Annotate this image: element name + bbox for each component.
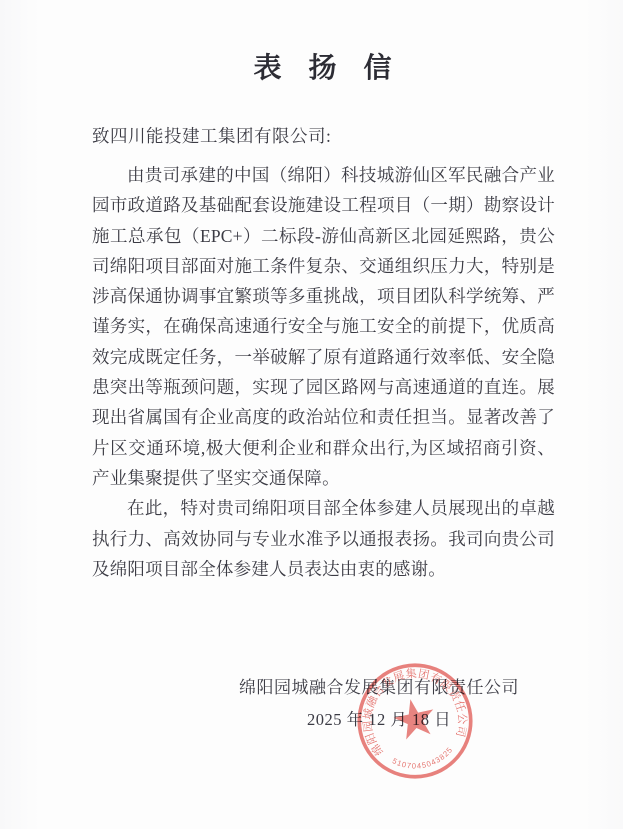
salutation: 致四川能投建工集团有限公司: bbox=[92, 122, 555, 150]
body-line: 由贵司承建的中国（绵阳）科技城游仙区军民融合产业 bbox=[92, 160, 555, 190]
letter-title: 表 扬 信 bbox=[92, 52, 555, 86]
seal-star-icon bbox=[391, 695, 439, 741]
seal-number-text: 5107045043825 bbox=[389, 744, 457, 776]
letter-body: 由贵司承建的中国（绵阳）科技城游仙区军民融合产业园市政道路及基础配套设施建设工程… bbox=[92, 160, 555, 584]
body-line: 谨务实，在确保高速通行安全与施工安全的前提下，优质高 bbox=[92, 311, 555, 341]
body-line: 司绵阳项目部面对施工条件复杂、交通组织压力大，特别是 bbox=[92, 251, 555, 281]
letter-page: 表 扬 信 致四川能投建工集团有限公司: 由贵司承建的中国（绵阳）科技城游仙区军… bbox=[0, 0, 623, 829]
body-line: 现出省属国有企业高度的政治站位和责任担当。显著改善了 bbox=[92, 402, 555, 432]
company-seal: 绵阳园城融合发展集团有限责任公司 5107045043825 bbox=[325, 631, 505, 811]
body-line: 及绵阳项目部全体参建人员表达由衷的感谢。 bbox=[92, 554, 555, 584]
body-line: 在此，特对贵司绵阳项目部全体参建人员展现出的卓越 bbox=[92, 493, 555, 523]
paragraph: 在此，特对贵司绵阳项目部全体参建人员展现出的卓越执行力、高效协同与专业水准予以通… bbox=[92, 493, 555, 584]
body-line: 施工总承包（EPC+）二标段-游仙高新区北园延熙路，贵公 bbox=[92, 221, 555, 251]
body-line: 涉高保通协调事宜繁琐等多重挑战，项目团队科学统筹、严 bbox=[92, 281, 555, 311]
body-line: 患突出等瓶颈问题，实现了园区路网与高速通道的直连。展 bbox=[92, 372, 555, 402]
body-line: 产业集聚提供了坚实交通保障。 bbox=[92, 463, 555, 493]
body-line: 片区交通环境,极大便利企业和群众出行,为区域招商引资、 bbox=[92, 433, 555, 463]
body-line: 园市政道路及基础配套设施建设工程项目（一期）勘察设计 bbox=[92, 190, 555, 220]
body-line: 效完成既定任务，一举破解了原有道路通行效率低、安全隐 bbox=[92, 342, 555, 372]
paragraph: 由贵司承建的中国（绵阳）科技城游仙区军民融合产业园市政道路及基础配套设施建设工程… bbox=[92, 160, 555, 493]
body-line: 执行力、高效协同与专业水准予以通报表扬。我司向贵公司 bbox=[92, 524, 555, 554]
